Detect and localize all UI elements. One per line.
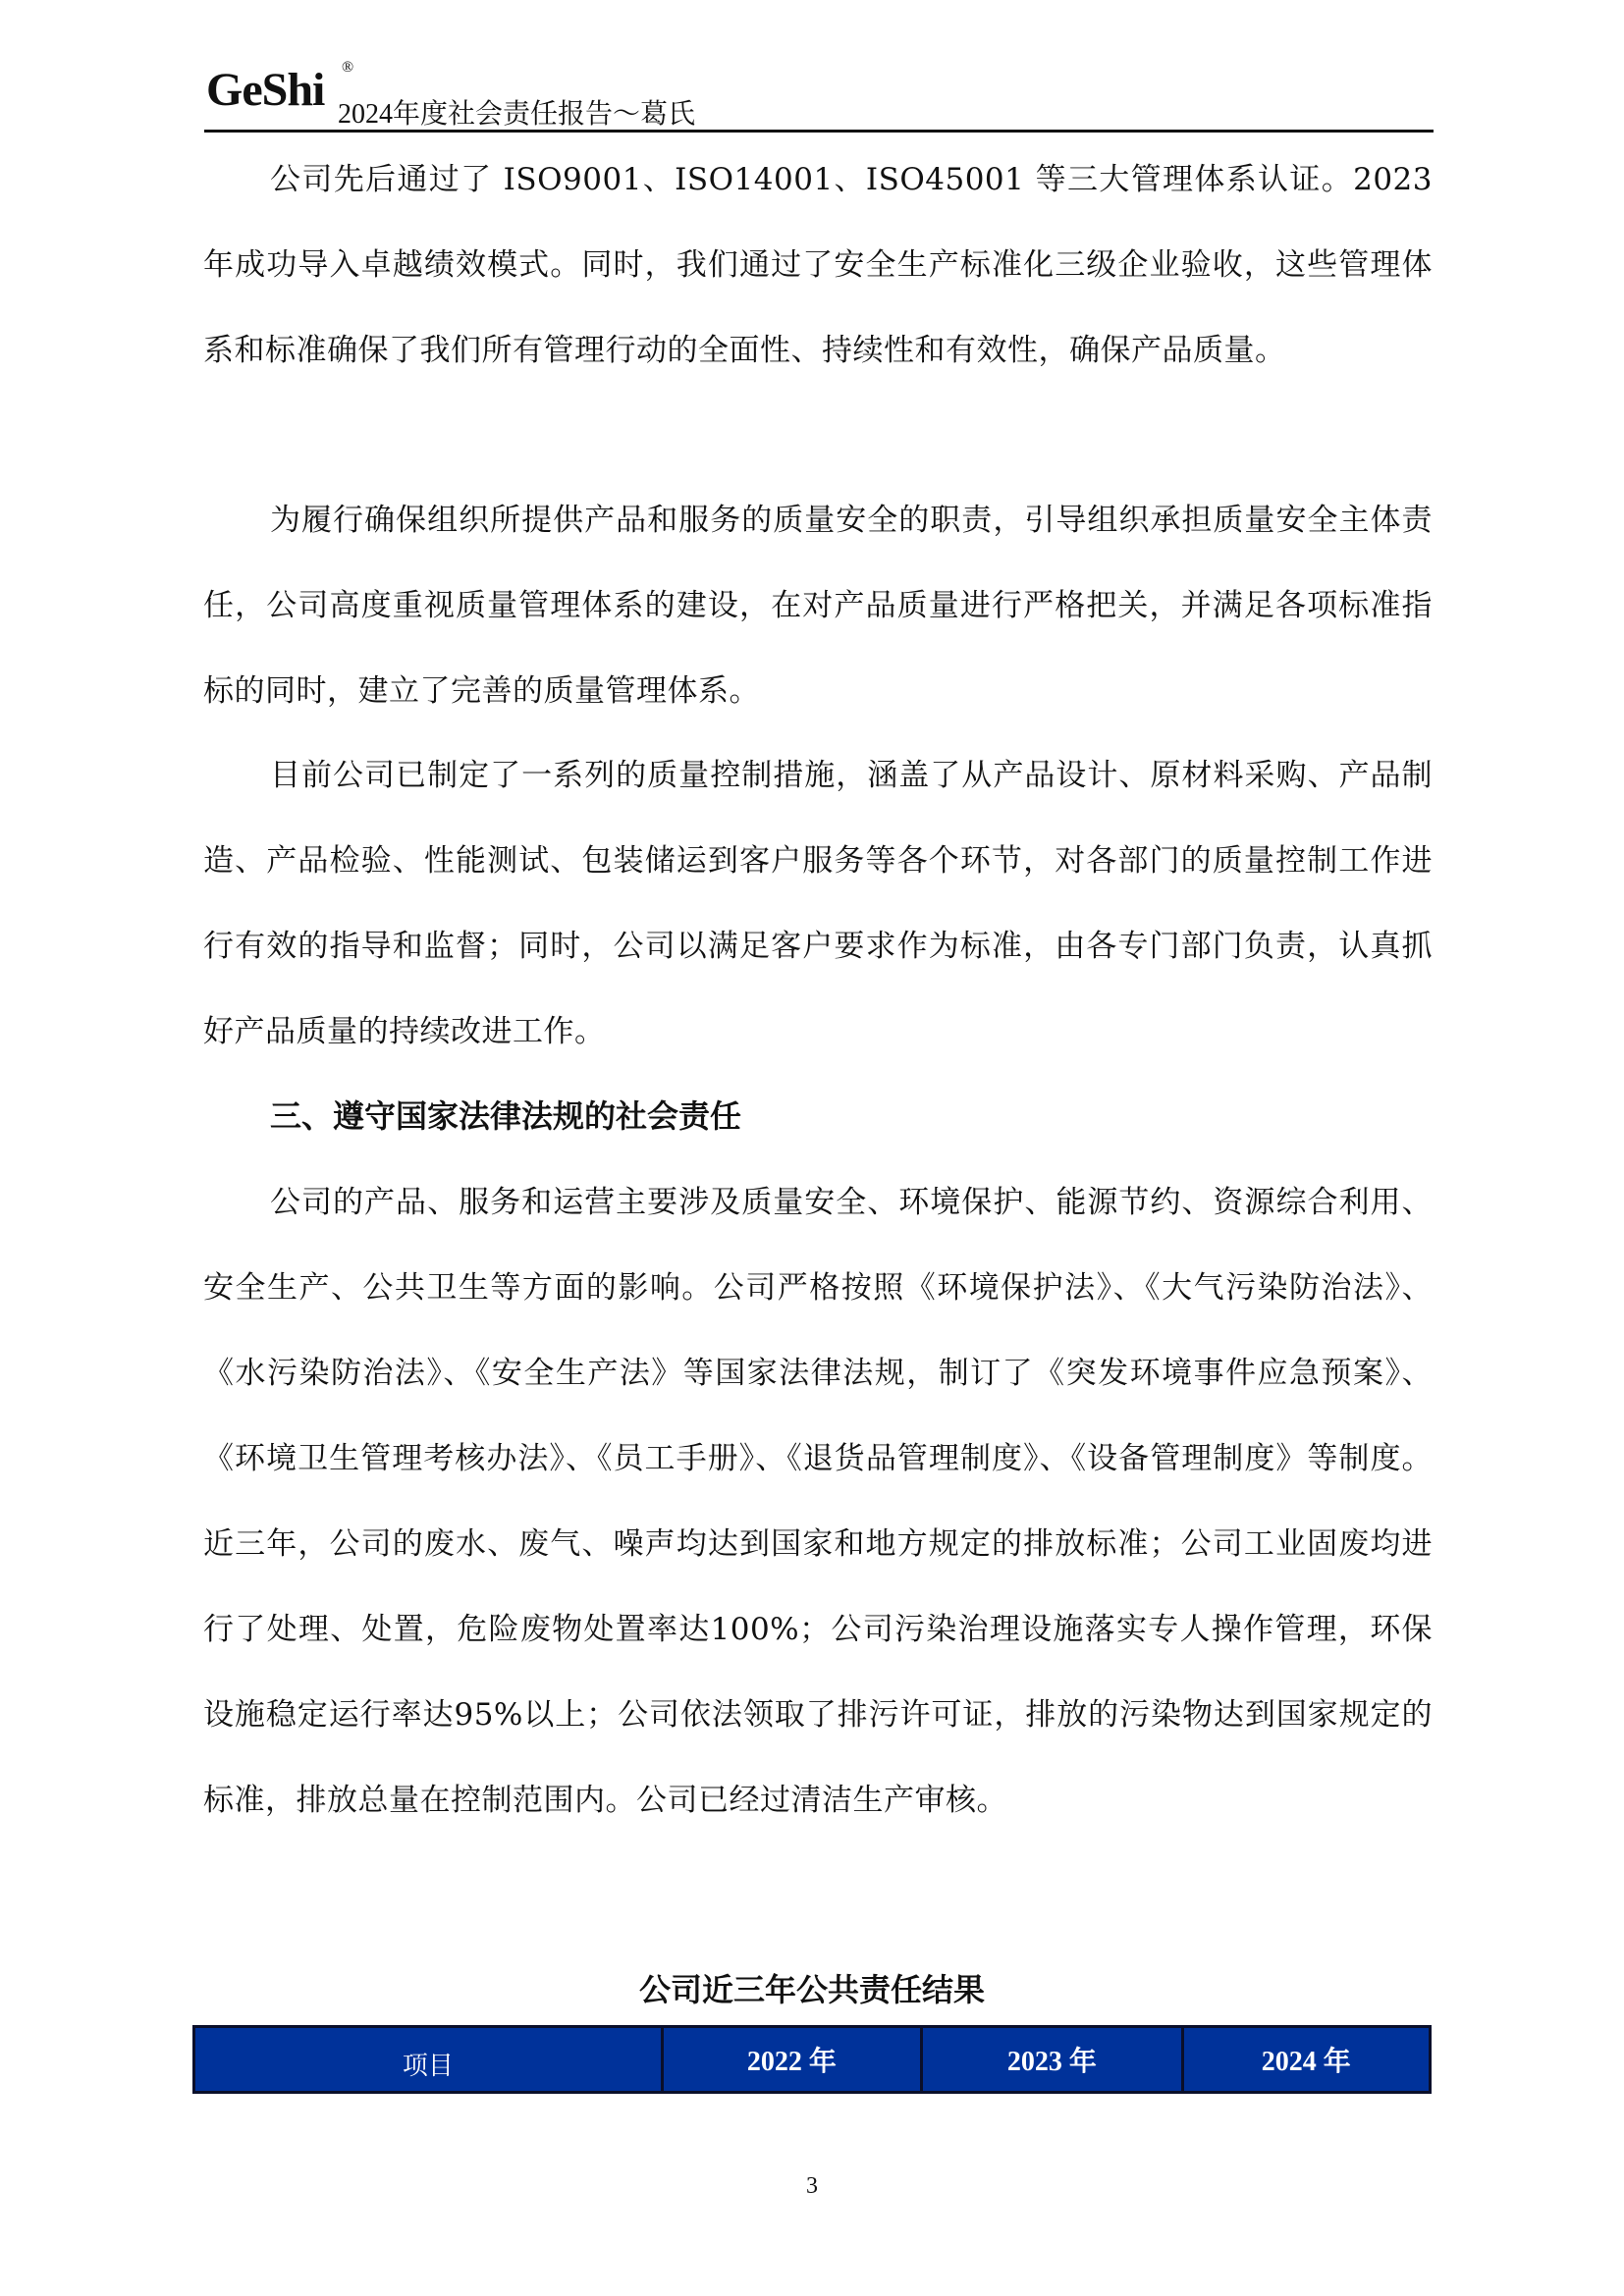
page-number: 3 (0, 2173, 1624, 2200)
paragraph-quality-control: 目前公司已制定了一系列的质量控制措施，涵盖了从产品设计、原材料采购、产品制造、产… (203, 733, 1433, 1075)
paragraph-certifications: 公司先后通过了 ISO9001、ISO14001、ISO45001 等三大管理体… (203, 137, 1433, 394)
public-responsibility-table: 项目 2022 年 2023 年 2024 年 (192, 2025, 1432, 2094)
section-heading: 三、遵守国家法律法规的社会责任 (270, 1096, 741, 1136)
column-header-2024: 2024 年 (1182, 2027, 1430, 2093)
table-title: 公司近三年公共责任结果 (0, 1965, 1624, 2010)
table-header-row: 项目 2022 年 2023 年 2024 年 (194, 2027, 1431, 2093)
page-header: GeShi ® 2024年度社会责任报告～葛氏 (204, 57, 1434, 135)
paragraph-legal-compliance: 公司的产品、服务和运营主要涉及质量安全、环境保护、能源节约、资源综合利用、安全生… (203, 1160, 1433, 1843)
column-header-item: 项目 (194, 2027, 663, 2093)
geshi-logo: GeShi (206, 63, 324, 117)
report-title: 2024年度社会责任报告～葛氏 (338, 92, 695, 132)
registered-trademark-icon: ® (342, 59, 353, 77)
column-header-2022: 2022 年 (662, 2027, 921, 2093)
column-header-2023: 2023 年 (922, 2027, 1182, 2093)
header-divider (204, 130, 1434, 133)
paragraph-quality-responsibility: 为履行确保组织所提供产品和服务的质量安全的职责，引导组织承担质量安全主体责任，公… (203, 478, 1433, 734)
